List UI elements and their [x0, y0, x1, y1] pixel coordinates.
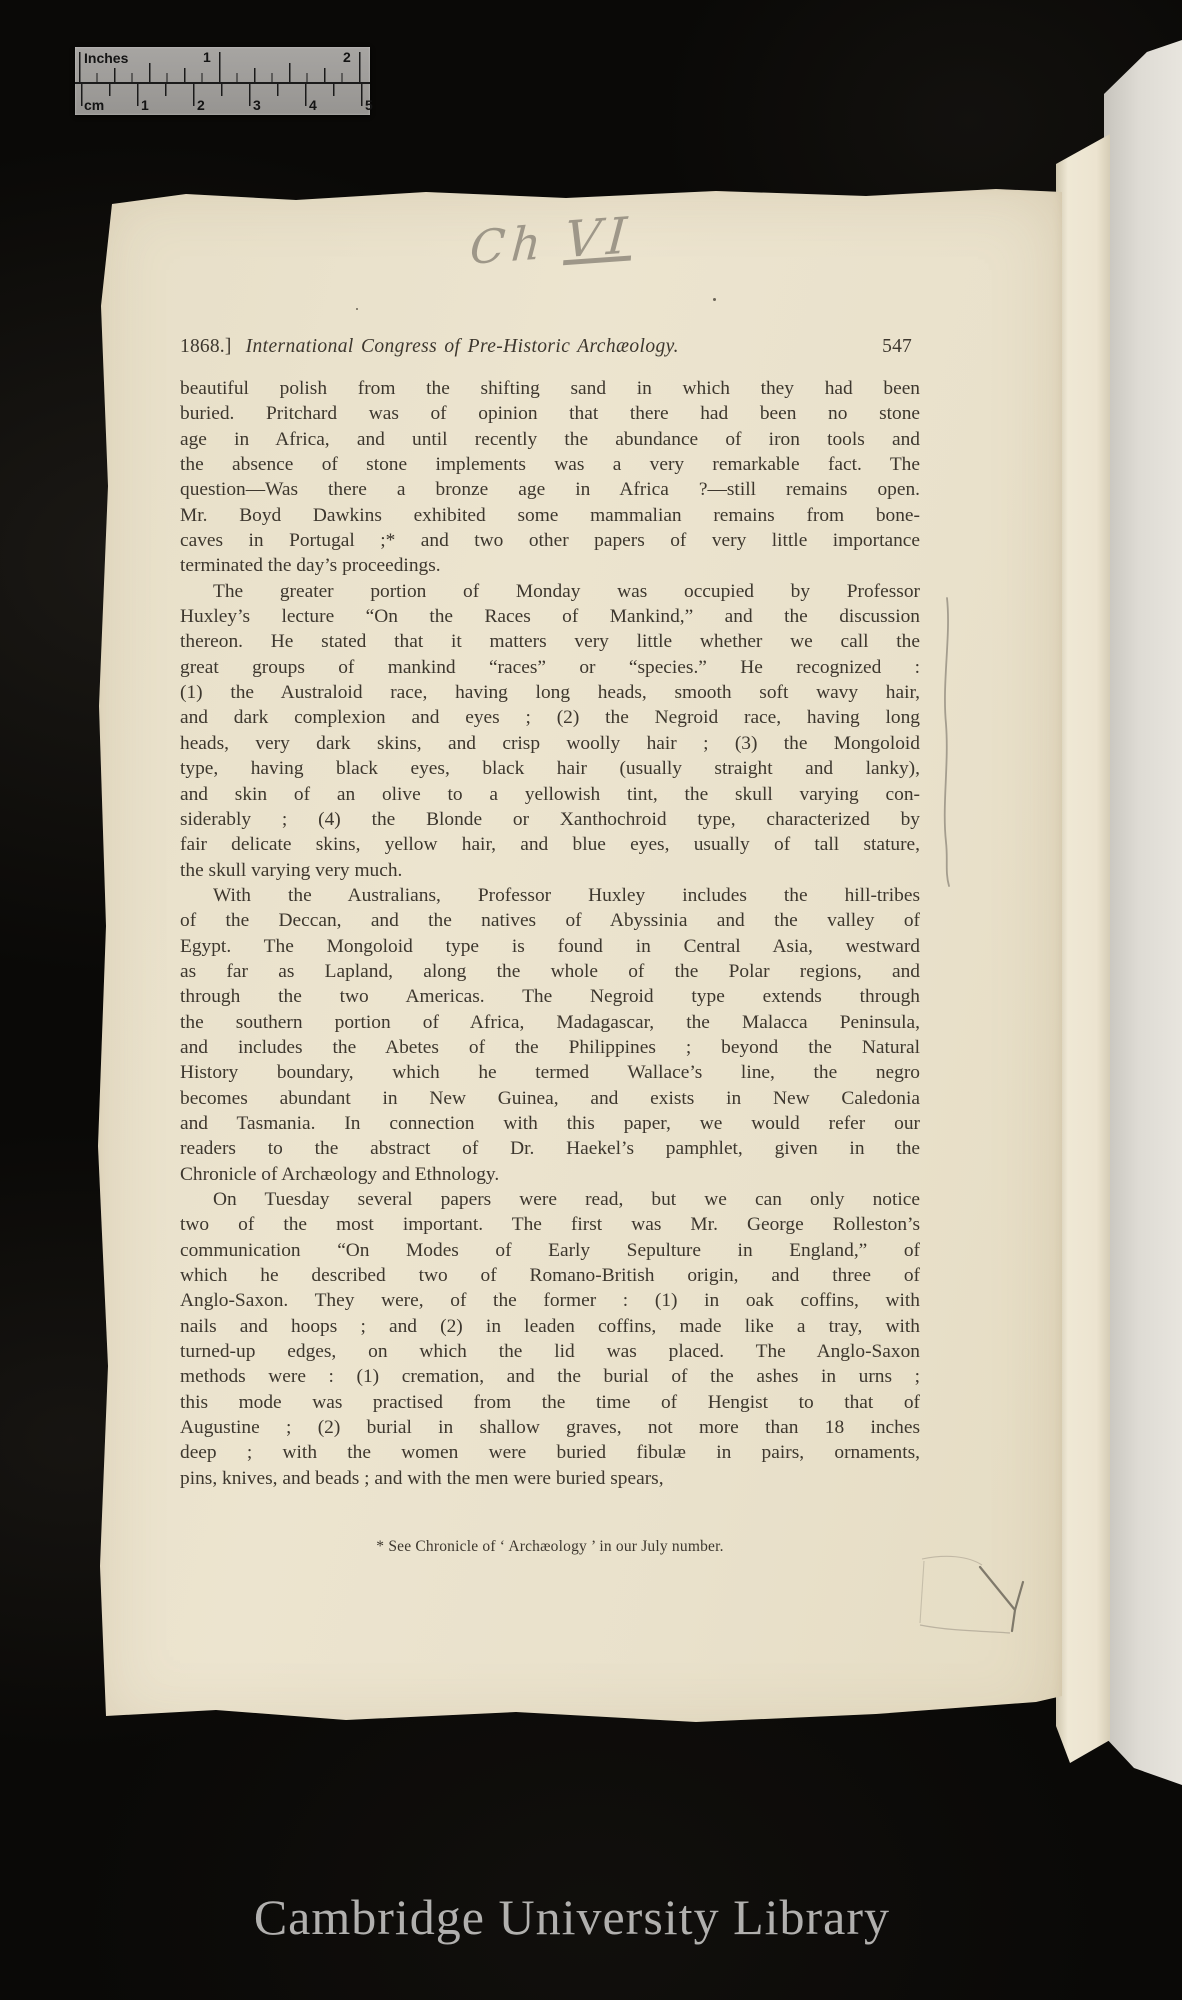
footnote: * See Chronicle of ‘ Archæology ’ in our…	[180, 1538, 920, 1556]
dust-speck	[356, 308, 358, 310]
text-line: of the Deccan, and the natives of Abyssi…	[180, 908, 920, 933]
text-line: With the Australians, Professor Huxley i…	[180, 883, 920, 908]
facing-page-edge	[1104, 40, 1182, 1785]
text-line: becomes abundant in New Guinea, and exis…	[180, 1086, 920, 1111]
text-line: and skin of an olive to a yellowish tint…	[180, 782, 920, 807]
text-line: type, having black eyes, black hair (usu…	[180, 756, 920, 781]
text-line: thereon. He stated that it matters very …	[180, 629, 920, 654]
ruler-cm-5: 5	[365, 97, 373, 113]
pencil-margin-line	[936, 596, 958, 888]
scanned-page: ChVI 1868.] International Congress of Pr…	[96, 186, 1062, 1734]
text-line: through the two Americas. The Negroid ty…	[180, 984, 920, 1009]
text-line: caves in Portugal ;* and two other paper…	[180, 528, 920, 553]
text-line: The greater portion of Monday was occupi…	[180, 579, 920, 604]
text-line: communication “On Modes of Early Sepultu…	[180, 1238, 920, 1263]
text-line: great groups of mankind “races” or “spec…	[180, 655, 920, 680]
paragraph-3: With the Australians, Professor Huxley i…	[180, 883, 920, 1187]
adjacent-page-fold-edge	[1056, 128, 1110, 1763]
ruler-cm-2: 2	[197, 97, 205, 113]
text-line: the southern portion of Africa, Madagasc…	[180, 1010, 920, 1035]
text-line: the absence of stone implements was a ve…	[180, 452, 920, 477]
text-line: History boundary, which he termed Wallac…	[180, 1060, 920, 1085]
header-year: 1868.]	[180, 336, 232, 358]
text-line: (1) the Australoid race, having long hea…	[180, 680, 920, 705]
text-line: as far as Lapland, along the whole of th…	[180, 959, 920, 984]
text-line: Augustine ; (2) burial in shallow graves…	[180, 1415, 920, 1440]
text-line: and includes the Abetes of the Philippin…	[180, 1035, 920, 1060]
text-line: two of the most important. The first was…	[180, 1212, 920, 1237]
scan-stage: ChVI 1868.] International Congress of Pr…	[0, 0, 1182, 2000]
dust-speck	[713, 298, 716, 301]
header-title: International Congress of Pre-Historic A…	[246, 336, 679, 358]
text-line: Anglo-Saxon. They were, of the former : …	[180, 1288, 920, 1313]
ruler-cm-1: 1	[141, 97, 149, 113]
text-line: beautiful polish from the shifting sand …	[180, 376, 920, 401]
ruler: Inches 1 2 cm 1 2 3 4 5	[75, 47, 370, 115]
text-line: and Tasmania. In connection with this pa…	[180, 1111, 920, 1136]
text-line: Mr. Boyd Dawkins exhibited some mammalia…	[180, 503, 920, 528]
paragraph-1: beautiful polish from the shifting sand …	[180, 376, 920, 579]
text-line: this mode was practised from the time of…	[180, 1390, 920, 1415]
ruler-inch-1: 1	[203, 49, 211, 65]
text-line: siderably ; (4) the Blonde or Xanthochro…	[180, 807, 920, 832]
ruler-inch-2: 2	[343, 49, 351, 65]
text-line: which he described two of Romano-British…	[180, 1263, 920, 1288]
text-line: Huxley’s lecture “On the Races of Mankin…	[180, 604, 920, 629]
pencil-check-mark	[910, 1545, 1040, 1655]
text-line: turned-up edges, on which the lid was pl…	[180, 1339, 920, 1364]
ruler-cm-scale: cm 1 2 3 4 5	[75, 84, 370, 115]
text-line: question—Was there a bronze age in Afric…	[180, 477, 920, 502]
text-line: deep ; with the women were buried fibulæ…	[180, 1440, 920, 1465]
handwritten-ch: Ch	[468, 215, 548, 275]
text-line: age in Africa, and until recently the ab…	[180, 427, 920, 452]
text-line: terminated the day’s proceedings.	[180, 553, 920, 578]
ruler-cm-label: cm	[84, 97, 104, 113]
ruler-cm-4: 4	[309, 97, 317, 113]
ruler-inches-scale: Inches 1 2	[75, 47, 370, 82]
text-line: and dark complexion and eyes ; (2) the N…	[180, 705, 920, 730]
text-line: On Tuesday several papers were read, but…	[180, 1187, 920, 1212]
body-text: beautiful polish from the shifting sand …	[180, 376, 920, 1491]
paragraph-2: The greater portion of Monday was occupi…	[180, 579, 920, 883]
text-line: fair delicate skins, yellow hair, and bl…	[180, 832, 920, 857]
text-line: heads, very dark skins, and crisp woolly…	[180, 731, 920, 756]
handwritten-chapter-note: ChVI	[468, 206, 634, 276]
text-line: nails and hoops ; and (2) in leaden coff…	[180, 1314, 920, 1339]
handwritten-vi: VI	[563, 206, 635, 269]
header-page-number: 547	[882, 336, 912, 358]
text-line: the skull varying very much.	[180, 858, 920, 883]
running-header: 1868.] International Congress of Pre-His…	[180, 336, 920, 358]
text-line: buried. Pritchard was of opinion that th…	[180, 401, 920, 426]
text-line: Chronicle of Archæology and Ethnology.	[180, 1162, 920, 1187]
ruler-inches-label: Inches	[84, 50, 128, 66]
text-line: Egypt. The Mongoloid type is found in Ce…	[180, 934, 920, 959]
paragraph-4: On Tuesday several papers were read, but…	[180, 1187, 920, 1491]
text-line: readers to the abstract of Dr. Haekel’s …	[180, 1136, 920, 1161]
text-line: pins, knives, and beads ; and with the m…	[180, 1466, 920, 1491]
library-watermark: Cambridge University Library	[254, 1888, 890, 1946]
ruler-cm-3: 3	[253, 97, 261, 113]
text-line: methods were : (1) cremation, and the bu…	[180, 1364, 920, 1389]
